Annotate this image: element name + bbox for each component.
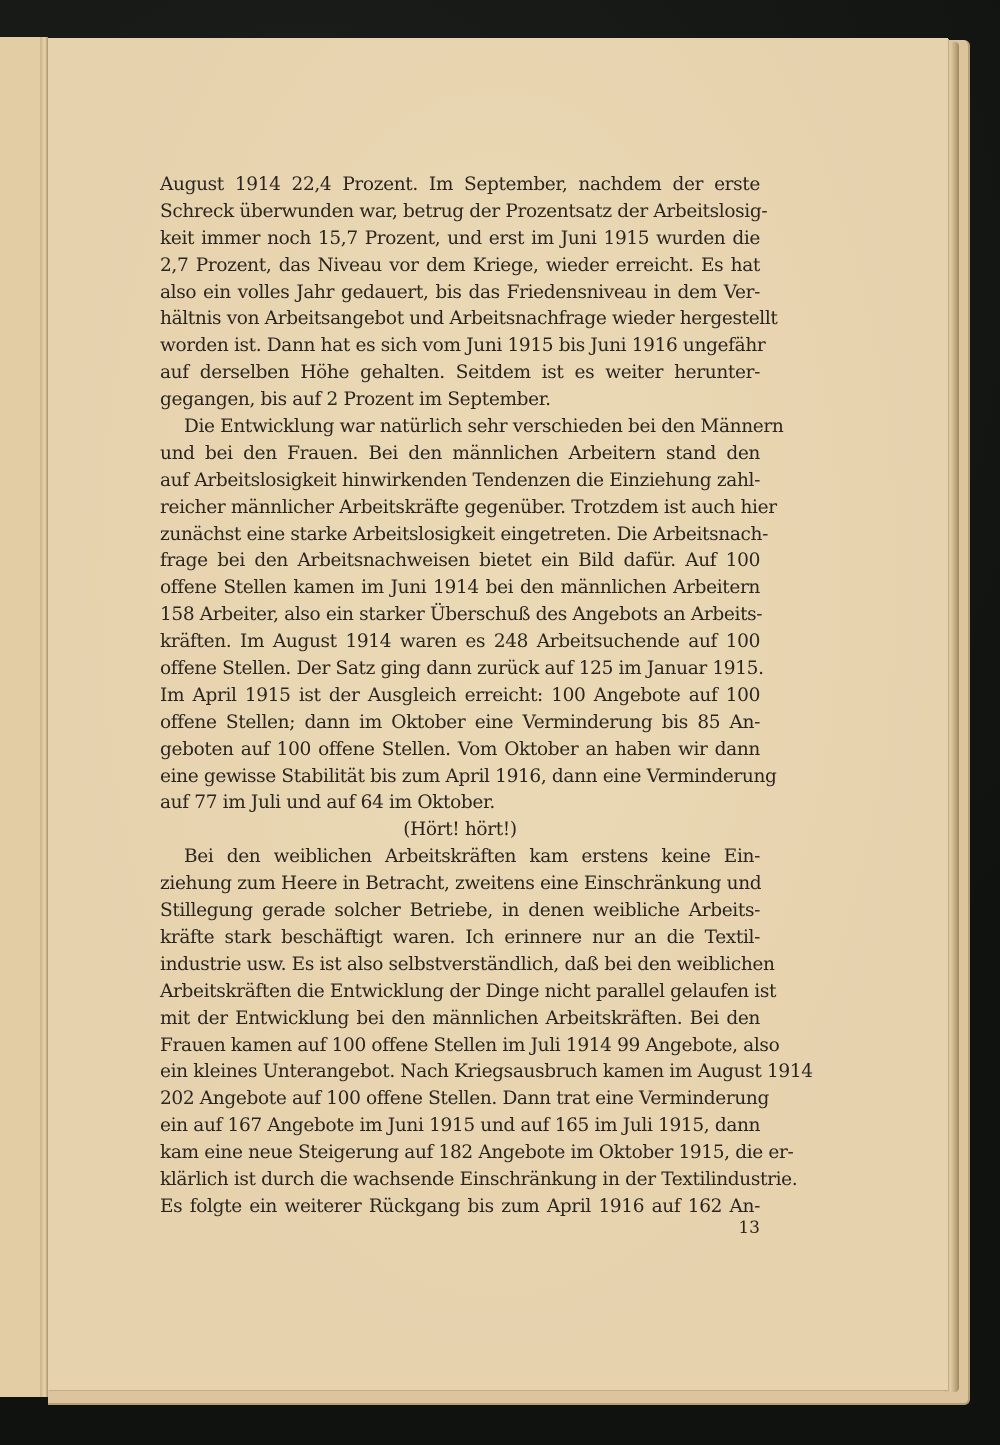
text-line: gegangen, bis auf 2 Prozent im September…	[160, 387, 760, 414]
text-line: offene Stellen. Der Satz ging dann zurüc…	[160, 656, 760, 683]
text-line: klärlich ist durch die wachsende Einschr…	[160, 1167, 760, 1194]
text-line: geboten auf 100 offene Stellen. Vom Okto…	[160, 737, 760, 764]
text-line: hältnis von Arbeitsangebot und Arbeitsna…	[160, 306, 760, 333]
text-line: Es folgte ein weiterer Rückgang bis zum …	[160, 1194, 760, 1221]
text-line: mit der Entwicklung bei den männlichen A…	[160, 1006, 760, 1033]
text-line: offene Stellen; dann im Oktober eine Ver…	[160, 710, 760, 737]
text-line: offene Stellen kamen im Juni 1914 bei de…	[160, 575, 760, 602]
text-line: zunächst eine starke Arbeitslosigkeit ei…	[160, 522, 760, 549]
text-line: kräfte stark beschäftigt waren. Ich erin…	[160, 925, 760, 952]
text-line: Arbeitskräften die Entwicklung der Dinge…	[160, 979, 760, 1006]
text-line: 158 Arbeiter, also ein starker Überschuß…	[160, 602, 760, 629]
text-line: ein auf 167 Angebote im Juni 1915 und au…	[160, 1113, 760, 1140]
text-line: 202 Angebote auf 100 offene Stellen. Dan…	[160, 1086, 760, 1113]
text-line: reicher männlicher Arbeitskräfte gegenüb…	[160, 495, 760, 522]
text-line: 2,7 Prozent, das Niveau vor dem Kriege, …	[160, 253, 760, 280]
text-line: industrie usw. Es ist also selbstverstän…	[160, 952, 760, 979]
book-gutter	[40, 37, 48, 1397]
text-line: eine gewisse Stabilität bis zum April 19…	[160, 764, 760, 791]
text-line: auf Arbeitslosigkeit hinwirkenden Tenden…	[160, 468, 760, 495]
text-line: und bei den Frauen. Bei den männlichen A…	[160, 441, 760, 468]
paragraph: August 1914 22,4 Prozent. Im September, …	[160, 172, 760, 414]
text-line: worden ist. Dann hat es sich vom Juni 19…	[160, 333, 760, 360]
text-line: ziehung zum Heere in Betracht, zweitens …	[160, 871, 760, 898]
text-line: August 1914 22,4 Prozent. Im September, …	[160, 172, 760, 199]
text-line: auf derselben Höhe gehalten. Seitdem ist…	[160, 360, 760, 387]
text-line: Frauen kamen auf 100 offene Stellen im J…	[160, 1033, 760, 1060]
text-line: ein kleines Unterangebot. Nach Kriegsaus…	[160, 1059, 760, 1086]
text-line: kam eine neue Steigerung auf 182 Angebot…	[160, 1140, 760, 1167]
text-line: also ein volles Jahr gedauert, bis das F…	[160, 280, 760, 307]
text-line: auf 77 im Juli und auf 64 im Oktober.	[160, 790, 760, 817]
page-number: 13	[722, 1218, 760, 1238]
paragraph: Die Entwicklung war natürlich sehr versc…	[160, 414, 760, 817]
text-line: Bei den weiblichen Arbeitskräften kam er…	[160, 844, 760, 871]
text-line: frage bei den Arbeitsnachweisen bietet e…	[160, 548, 760, 575]
text-line: kräften. Im August 1914 waren es 248 Arb…	[160, 629, 760, 656]
interjection-text: (Hört! hört!)	[160, 817, 760, 844]
interjection: (Hört! hört!)	[160, 817, 760, 844]
text-line: Stillegung gerade solcher Betriebe, in d…	[160, 898, 760, 925]
text-line: Im April 1915 ist der Ausgleich erreicht…	[160, 683, 760, 710]
text-line: Die Entwicklung war natürlich sehr versc…	[160, 414, 760, 441]
facing-page-edge	[0, 37, 45, 1397]
paragraph: Bei den weiblichen Arbeitskräften kam er…	[160, 844, 760, 1220]
page-body-text: August 1914 22,4 Prozent. Im September, …	[160, 172, 760, 1221]
text-line: Schreck überwunden war, betrug der Proze…	[160, 199, 760, 226]
text-line: keit immer noch 15,7 Prozent, und erst i…	[160, 226, 760, 253]
